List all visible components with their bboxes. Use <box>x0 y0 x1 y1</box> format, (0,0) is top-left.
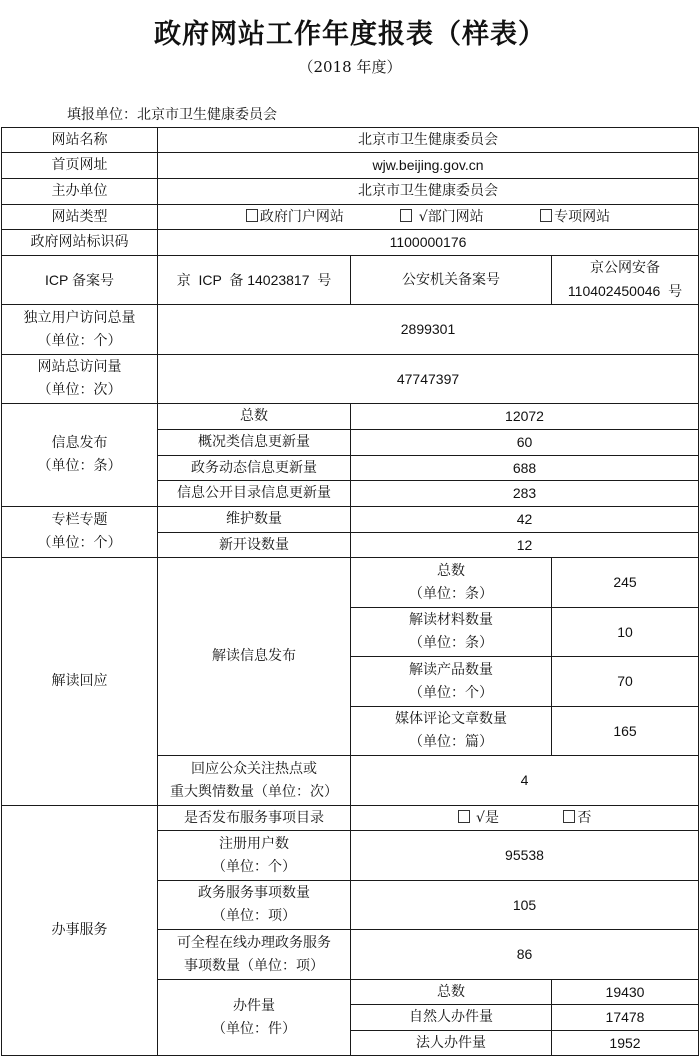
response-label: 回应公众关注热点或 重大舆情数量（单位：次） <box>158 756 351 806</box>
columns-row-value: 42 <box>351 507 699 533</box>
filling-unit-label: 填报单位： <box>67 107 137 123</box>
catalog-options: √是 否 <box>351 806 699 831</box>
site-id-value: 1100000176 <box>158 230 699 256</box>
site-name-label: 网站名称 <box>2 128 158 153</box>
row-homepage: 首页网址 wjw.beijing.gov.cn <box>2 153 699 179</box>
checkbox-icon[interactable] <box>400 209 412 222</box>
total-visits-label: 网站总访问量 （单位：次） <box>2 355 158 404</box>
police-record-label: 公安机关备案号 <box>351 256 552 305</box>
icp-label: ICP 备案号 <box>2 256 158 305</box>
info-row-value: 60 <box>351 430 699 456</box>
checkbox-icon[interactable] <box>458 810 470 823</box>
site-type-option-special[interactable]: 专项网站 <box>540 206 610 229</box>
row-unique-visitors: 独立用户访问总量 （单位：个） 2899301 <box>2 305 699 355</box>
columns-row-label: 维护数量 <box>158 507 351 533</box>
row-sponsor: 主办单位 北京市卫生健康委员会 <box>2 179 699 205</box>
interp-row-label: 解读材料数量 （单位：条） <box>351 608 552 657</box>
row-icp: ICP 备案号 京 ICP 备 14023817 号 公安机关备案号 京公网安备… <box>2 256 699 305</box>
report-title: 政府网站工作年度报表（样表） <box>0 12 700 51</box>
registered-users-value: 95538 <box>351 831 699 881</box>
columns-label: 专栏专题 （单位：个） <box>2 507 158 558</box>
sponsor-value: 北京市卫生健康委员会 <box>158 179 699 205</box>
homepage-label: 首页网址 <box>2 153 158 179</box>
interp-row-label: 总数 （单位：条） <box>351 558 552 608</box>
interp-row-value: 10 <box>552 608 699 657</box>
filling-unit-value: 北京市卫生健康委员会 <box>137 107 277 123</box>
checkbox-icon[interactable] <box>246 209 258 222</box>
row-info-total: 信息发布 （单位：条） 总数 12072 <box>2 404 699 430</box>
site-name-value: 北京市卫生健康委员会 <box>158 128 699 153</box>
row-site-name: 网站名称 北京市卫生健康委员会 <box>2 128 699 153</box>
icp-value: 京 ICP 备 14023817 号 <box>158 256 351 305</box>
cases-row-label: 法人办件量 <box>351 1031 552 1056</box>
service-items-label: 政务服务事项数量 （单位：项） <box>158 881 351 930</box>
homepage-value: wjw.beijing.gov.cn <box>158 153 699 179</box>
row-site-id: 政府网站标识码 1100000176 <box>2 230 699 256</box>
row-site-type: 网站类型 政府门户网站 √部门网站 专项网站 <box>2 205 699 230</box>
info-row-label: 总数 <box>158 404 351 430</box>
row-columns-maintained: 专栏专题 （单位：个） 维护数量 42 <box>2 507 699 533</box>
service-items-value: 105 <box>351 881 699 930</box>
online-items-value: 86 <box>351 930 699 980</box>
site-type-option-department[interactable]: √部门网站 <box>400 206 483 229</box>
catalog-option-yes[interactable]: √是 <box>458 807 499 830</box>
interpretation-sub-label: 解读信息发布 <box>158 558 351 756</box>
cases-row-label: 自然人办件量 <box>351 1005 552 1031</box>
info-row-value: 283 <box>351 481 699 507</box>
interp-row-value: 70 <box>552 657 699 707</box>
site-type-label: 网站类型 <box>2 205 158 230</box>
info-release-label: 信息发布 （单位：条） <box>2 404 158 507</box>
row-total-visits: 网站总访问量 （单位：次） 47747397 <box>2 355 699 404</box>
interp-row-label: 媒体评论文章数量 （单位：篇） <box>351 707 552 756</box>
site-type-options: 政府门户网站 √部门网站 专项网站 <box>158 205 699 230</box>
site-type-option-portal[interactable]: 政府门户网站 <box>246 206 344 229</box>
columns-row-value: 12 <box>351 533 699 558</box>
catalog-option-no[interactable]: 否 <box>563 807 591 830</box>
cases-label: 办件量 （单位：件） <box>158 980 351 1056</box>
report-table: 网站名称 北京市卫生健康委员会 首页网址 wjw.beijing.gov.cn … <box>1 127 699 1056</box>
interpretation-label: 解读回应 <box>2 558 158 806</box>
cases-row-value: 1952 <box>552 1031 699 1056</box>
filling-unit: 填报单位：北京市卫生健康委员会 <box>67 104 277 124</box>
interp-row-label: 解读产品数量 （单位：个） <box>351 657 552 707</box>
info-row-label: 概况类信息更新量 <box>158 430 351 456</box>
checkbox-icon[interactable] <box>540 209 552 222</box>
report-year: （2018 年度） <box>0 56 700 77</box>
interp-row-value: 165 <box>552 707 699 756</box>
checkmark-icon: √ <box>476 810 485 826</box>
checkbox-icon[interactable] <box>563 810 575 823</box>
info-row-value: 688 <box>351 456 699 481</box>
police-record-value: 京公网安备 110402450046 号 <box>552 256 699 305</box>
sponsor-label: 主办单位 <box>2 179 158 205</box>
registered-users-label: 注册用户数 （单位：个） <box>158 831 351 881</box>
response-value: 4 <box>351 756 699 806</box>
row-interp-total: 解读回应 解读信息发布 总数 （单位：条） 245 <box>2 558 699 608</box>
unique-visitors-label: 独立用户访问总量 （单位：个） <box>2 305 158 355</box>
columns-row-label: 新开设数量 <box>158 533 351 558</box>
cases-row-label: 总数 <box>351 980 552 1005</box>
interp-row-value: 245 <box>552 558 699 608</box>
cases-row-value: 19430 <box>552 980 699 1005</box>
checkmark-icon: √ <box>419 209 428 225</box>
cases-row-value: 17478 <box>552 1005 699 1031</box>
info-row-value: 12072 <box>351 404 699 430</box>
total-visits-value: 47747397 <box>158 355 699 404</box>
catalog-label: 是否发布服务事项目录 <box>158 806 351 831</box>
online-items-label: 可全程在线办理政务服务 事项数量（单位：项） <box>158 930 351 980</box>
row-service-catalog: 办事服务 是否发布服务事项目录 √是 否 <box>2 806 699 831</box>
unique-visitors-value: 2899301 <box>158 305 699 355</box>
site-id-label: 政府网站标识码 <box>2 230 158 256</box>
services-label: 办事服务 <box>2 806 158 1056</box>
info-row-label: 政务动态信息更新量 <box>158 456 351 481</box>
info-row-label: 信息公开目录信息更新量 <box>158 481 351 507</box>
